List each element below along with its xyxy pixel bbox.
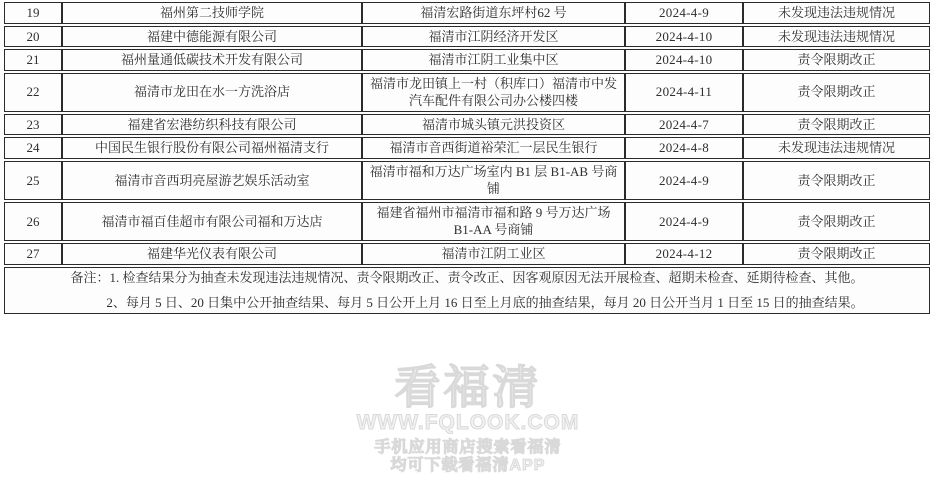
cell-date: 2024-4-11: [625, 73, 743, 112]
table-row: 26福清市福百佳超市有限公司福和万达店福建省福州市福清市福和路 9 号万达广场 …: [4, 202, 930, 241]
cell-address: 福清市音西街道裕荣汇一层民生银行: [362, 137, 625, 159]
cell-result: 责令限期改正: [743, 114, 930, 136]
cell-id: 27: [4, 243, 62, 265]
cell-result: 责令限期改正: [743, 202, 930, 241]
cell-name: 福建华光仪表有限公司: [62, 243, 362, 265]
cell-result: 责令限期改正: [743, 161, 930, 200]
notes-line-2: 2、每月 5 日、20 日集中公开抽查结果、每月 5 日公开上月 16 日至上月…: [9, 294, 925, 312]
table-row: 25福清市音西玥亮屋游艺娱乐活动室福清市福和万达广场室内 B1 层 B1-AB …: [4, 161, 930, 200]
cell-result: 责令限期改正: [743, 73, 930, 112]
cell-id: 25: [4, 161, 62, 200]
watermark-url: WWW.FQLOOK.COM: [0, 411, 936, 434]
table-row: 24中国民生银行股份有限公司福州福清支行福清市音西街道裕荣汇一层民生银行2024…: [4, 137, 930, 159]
cell-address: 福清市龙田镇上一村（积库口）福清市中发汽车配件有限公司办公楼四楼: [362, 73, 625, 112]
cell-date: 2024-4-9: [625, 202, 743, 241]
cell-date: 2024-4-10: [625, 49, 743, 71]
cell-address: 福清市江阴工业区: [362, 243, 625, 265]
cell-date: 2024-4-12: [625, 243, 743, 265]
cell-address: 福清市城头镇元洪投资区: [362, 114, 625, 136]
table-row: 27福建华光仪表有限公司福清市江阴工业区2024-4-12责令限期改正: [4, 243, 930, 265]
cell-name: 福州量通低碳技术开发有限公司: [62, 49, 362, 71]
cell-id: 22: [4, 73, 62, 112]
cell-address: 福建省福州市福清市福和路 9 号万达广场 B1-AA 号商铺: [362, 202, 625, 241]
cell-id: 23: [4, 114, 62, 136]
inspection-table-body: 19福州第二技师学院福清宏路街道东坪村62 号2024-4-9未发现违法违规情况…: [4, 2, 930, 265]
cell-address: 福清市福和万达广场室内 B1 层 B1-AB 号商铺: [362, 161, 625, 200]
cell-id: 21: [4, 49, 62, 71]
inspection-results-table: 19福州第二技师学院福清宏路街道东坪村62 号2024-4-9未发现违法违规情况…: [4, 0, 930, 316]
table-row: 23福建省宏港纺织科技有限公司福清市城头镇元洪投资区2024-4-7责令限期改正: [4, 114, 930, 136]
cell-date: 2024-4-9: [625, 161, 743, 200]
cell-address: 福清市江阴经济开发区: [362, 26, 625, 48]
cell-id: 26: [4, 202, 62, 241]
cell-date: 2024-4-9: [625, 2, 743, 24]
cell-result: 责令限期改正: [743, 49, 930, 71]
cell-name: 福清市福百佳超市有限公司福和万达店: [62, 202, 362, 241]
table-row: 20福建中德能源有限公司福清市江阴经济开发区2024-4-10未发现违法违规情况: [4, 26, 930, 48]
cell-result: 未发现违法违规情况: [743, 137, 930, 159]
cell-date: 2024-4-7: [625, 114, 743, 136]
table-row: 22福清市龙田在水一方洗浴店福清市龙田镇上一村（积库口）福清市中发汽车配件有限公…: [4, 73, 930, 112]
cell-address: 福清市江阴工业集中区: [362, 49, 625, 71]
watermark-app-line-2: 均可下载看福清APP: [0, 457, 936, 475]
cell-result: 责令限期改正: [743, 243, 930, 265]
notes-row: 备注：1. 检查结果分为抽查未发现违法违规情况、责令限期改正、责令改正、因客观原…: [4, 267, 930, 314]
watermark-logo-text: 看福清: [0, 364, 936, 410]
cell-result: 未发现违法违规情况: [743, 2, 930, 24]
cell-address: 福清宏路街道东坪村62 号: [362, 2, 625, 24]
cell-name: 福清市龙田在水一方洗浴店: [62, 73, 362, 112]
notes-line-1: 备注：1. 检查结果分为抽查未发现违法违规情况、责令限期改正、责令改正、因客观原…: [9, 269, 925, 287]
table-row: 21福州量通低碳技术开发有限公司福清市江阴工业集中区2024-4-10责令限期改…: [4, 49, 930, 71]
notes-cell: 备注：1. 检查结果分为抽查未发现违法违规情况、责令限期改正、责令改正、因客观原…: [4, 267, 930, 314]
inspection-results-section: 19福州第二技师学院福清宏路街道东坪村62 号2024-4-9未发现违法违规情况…: [4, 0, 930, 316]
table-row: 19福州第二技师学院福清宏路街道东坪村62 号2024-4-9未发现违法违规情况: [4, 2, 930, 24]
cell-id: 20: [4, 26, 62, 48]
cell-name: 中国民生银行股份有限公司福州福清支行: [62, 137, 362, 159]
watermark: 看福清 WWW.FQLOOK.COM 手机应用商店搜索看福清 均可下载看福清AP…: [0, 364, 936, 476]
cell-id: 19: [4, 2, 62, 24]
cell-result: 未发现违法违规情况: [743, 26, 930, 48]
cell-name: 福清市音西玥亮屋游艺娱乐活动室: [62, 161, 362, 200]
cell-id: 24: [4, 137, 62, 159]
watermark-app-line-1: 手机应用商店搜索看福清: [0, 439, 936, 457]
cell-date: 2024-4-8: [625, 137, 743, 159]
cell-name: 福建省宏港纺织科技有限公司: [62, 114, 362, 136]
cell-date: 2024-4-10: [625, 26, 743, 48]
cell-name: 福州第二技师学院: [62, 2, 362, 24]
cell-name: 福建中德能源有限公司: [62, 26, 362, 48]
